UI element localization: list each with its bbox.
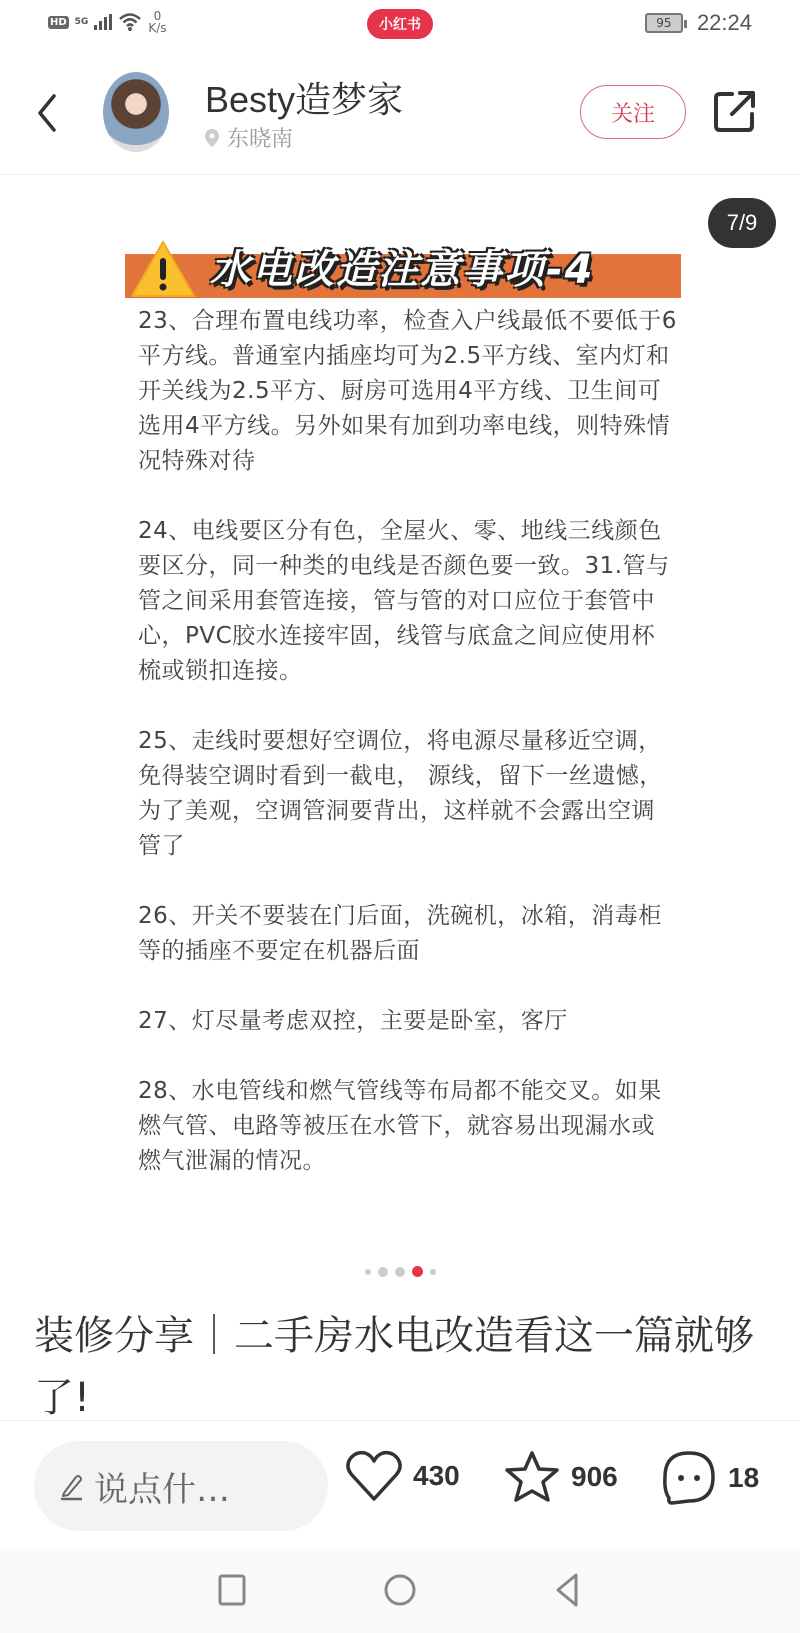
- tips-list: 23、合理布置电线功率，检查入户线最低不要低于6平方线。普通室内插座均可为2.5…: [138, 304, 678, 1214]
- system-back-button[interactable]: [546, 1568, 590, 1612]
- hd-icon: HD: [48, 16, 69, 29]
- location-text: 东晓南: [227, 122, 293, 153]
- like-count: 430: [413, 1460, 460, 1492]
- author-name[interactable]: Besty造梦家: [205, 72, 403, 123]
- home-button[interactable]: [378, 1568, 422, 1612]
- comment-button[interactable]: 18: [660, 1449, 759, 1507]
- avatar[interactable]: [103, 72, 169, 152]
- warning-icon: [130, 240, 196, 298]
- post-title: 装修分享｜二手房水电改造看这一篇就够了!: [34, 1305, 774, 1429]
- clock: 22:24: [697, 10, 752, 36]
- tip-item: 24、电线要区分有色，全屋火、零、地线三线颜色要区分，同一种类的电线是否颜色要一…: [138, 514, 678, 689]
- location: 东晓南: [205, 122, 293, 153]
- carousel-dot-active: [412, 1266, 423, 1277]
- tip-item: 23、合理布置电线功率，检查入户线最低不要低于6平方线。普通室内插座均可为2.5…: [138, 304, 678, 479]
- banner-title: 水电改造注意事项-4: [210, 238, 594, 295]
- carousel-dot: [365, 1269, 371, 1275]
- pencil-icon: [58, 1471, 86, 1501]
- favorite-button[interactable]: 906: [503, 1449, 618, 1505]
- system-nav-bar: [0, 1548, 800, 1633]
- post-header: Besty造梦家 东晓南 关注: [0, 60, 800, 175]
- engagement-bar: 说点什… 430 906 18: [0, 1420, 800, 1530]
- location-pin-icon: [205, 129, 219, 147]
- favorite-count: 906: [571, 1461, 618, 1493]
- wifi-icon: [118, 12, 142, 32]
- tip-item: 28、水电管线和燃气管线等布局都不能交叉。如果燃气管、电路等被压在水管下，就容易…: [138, 1074, 678, 1179]
- like-button[interactable]: 430: [345, 1449, 460, 1503]
- signal-icon: [94, 14, 112, 30]
- comment-count: 18: [728, 1462, 759, 1494]
- recent-apps-button[interactable]: [210, 1568, 254, 1612]
- tip-item: 25、走线时要想好空调位，将电源尽量移近空调，免得装空调时看到一截电， 源线，留…: [138, 724, 678, 864]
- carousel-dots: [0, 1266, 800, 1277]
- battery-icon: 95: [645, 13, 683, 33]
- status-bar: HD 5G 0 K/s 小红书 95 22:24: [0, 0, 800, 50]
- carousel-dot: [378, 1267, 388, 1277]
- status-left: HD 5G 0 K/s: [48, 10, 167, 34]
- comment-input[interactable]: 说点什…: [34, 1441, 328, 1531]
- carousel-dot: [430, 1269, 436, 1275]
- tip-item: 26、开关不要装在门后面，洗碗机，冰箱，消毒柜等的插座不要定在机器后面: [138, 899, 678, 969]
- app-badge: 小红书: [367, 9, 433, 39]
- post-image[interactable]: 7/9 水电改造注意事项-4 23、合理布置电线功率，检查入户线最低不要低于6平…: [0, 176, 800, 1256]
- comment-placeholder: 说点什…: [94, 1462, 230, 1511]
- network-type: 5G: [75, 17, 89, 27]
- share-icon[interactable]: [712, 88, 758, 134]
- net-speed-unit: K/s: [148, 21, 166, 35]
- net-speed: 0 K/s: [148, 10, 166, 34]
- carousel-dot: [395, 1267, 405, 1277]
- comment-bubble-icon: [660, 1449, 718, 1507]
- tip-item: 27、灯尽量考虑双控，主要是卧室，客厅: [138, 1004, 678, 1039]
- back-button[interactable]: [28, 88, 68, 138]
- heart-icon: [345, 1449, 403, 1503]
- page-indicator: 7/9: [708, 198, 776, 248]
- follow-button[interactable]: 关注: [580, 85, 686, 139]
- star-icon: [503, 1449, 561, 1505]
- status-right: 95 22:24: [645, 10, 752, 36]
